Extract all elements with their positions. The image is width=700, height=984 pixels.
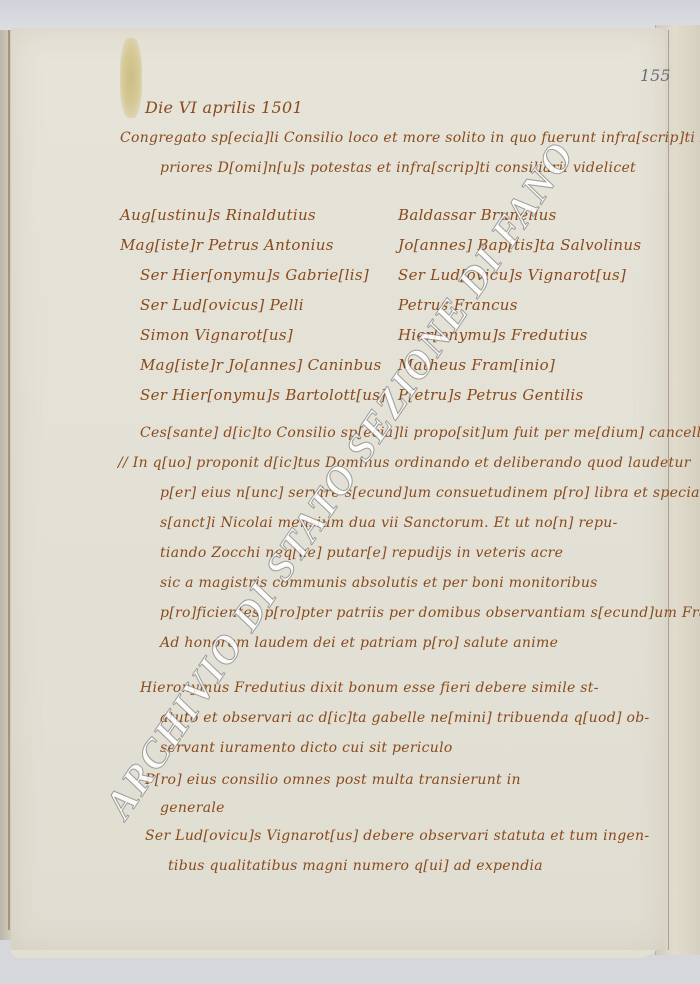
attendee-right: Baldassar Brunellus (398, 206, 557, 224)
attendee-right: Petrus Francus (398, 296, 518, 314)
body-line: servant iuramento dicto cui sit periculo (160, 740, 453, 756)
attendee-left: Ser Hier[onymu]s Gabrie[lis] (140, 266, 369, 284)
date-line: Die VI aprilis 1501 (145, 98, 303, 117)
attendee-left: Mag[iste]r Jo[annes] Caninbus (140, 356, 382, 374)
attendee-left: Aug[ustinu]s Rinaldutius (120, 206, 316, 224)
body-line: P[ro] eius consilio omnes post multa tra… (145, 772, 521, 788)
intro-line: Congregato sp[ecia]li Consilio loco et m… (120, 130, 700, 146)
attendee-right: Ser Lud[ovicu]s Vignarot[us] (398, 266, 626, 284)
ink-stain (120, 38, 142, 118)
attendee-right: Hier[onymu]s Fredutius (398, 326, 588, 344)
body-line: atuto et observari ac d[ic]ta gabelle ne… (160, 710, 650, 726)
intro-line: priores D[omi]n[u]s potestas et infra[sc… (160, 160, 636, 176)
attendee-left: Mag[iste]r Petrus Antonius (120, 236, 334, 254)
body-line: p[ro]ficientes p[ro]pter patriis per dom… (160, 605, 700, 621)
attendee-right: Matheus Fram[inio] (398, 356, 555, 374)
body-line: tiando Zocchi neq[ue] putar[e] repudijs … (160, 545, 563, 561)
body-line: generale (160, 800, 225, 816)
folio-number: 155 (640, 66, 671, 85)
attendee-right: Jo[annes] Bap[tis]ta Salvolinus (398, 236, 641, 254)
attendee-left: Ser Lud[ovicus] Pelli (140, 296, 304, 314)
attendee-left: Simon Vignarot[us] (140, 326, 293, 344)
body-line: Ser Lud[ovicu]s Vignarot[us] debere obse… (145, 828, 649, 844)
body-line: p[er] eius n[unc] servire s[ecund]um con… (160, 485, 700, 501)
body-line: Hieronymus Fredutius dixit bonum esse fi… (140, 680, 599, 696)
page-left-rule (8, 30, 10, 930)
body-line: // In q[uo] proponit d[ic]tus Dominus or… (118, 455, 691, 471)
body-line: Ad honorem laudem dei et patriam p[ro] s… (160, 635, 558, 651)
body-line: Ces[sante] d[ic]to Consilio sp[ecia]li p… (140, 425, 700, 441)
body-line: s[anct]i Nicolai mensium dua vii Sanctor… (160, 515, 618, 531)
body-line: tibus qualitatibus magni numero q[ui] ad… (168, 858, 543, 874)
body-line: sic a magistris communis absolutis et pe… (160, 575, 598, 591)
attendee-right: P[etru]s Petrus Gentilis (398, 386, 583, 404)
attendee-left: Ser Hier[onymu]s Bartolott[us] (140, 386, 386, 404)
